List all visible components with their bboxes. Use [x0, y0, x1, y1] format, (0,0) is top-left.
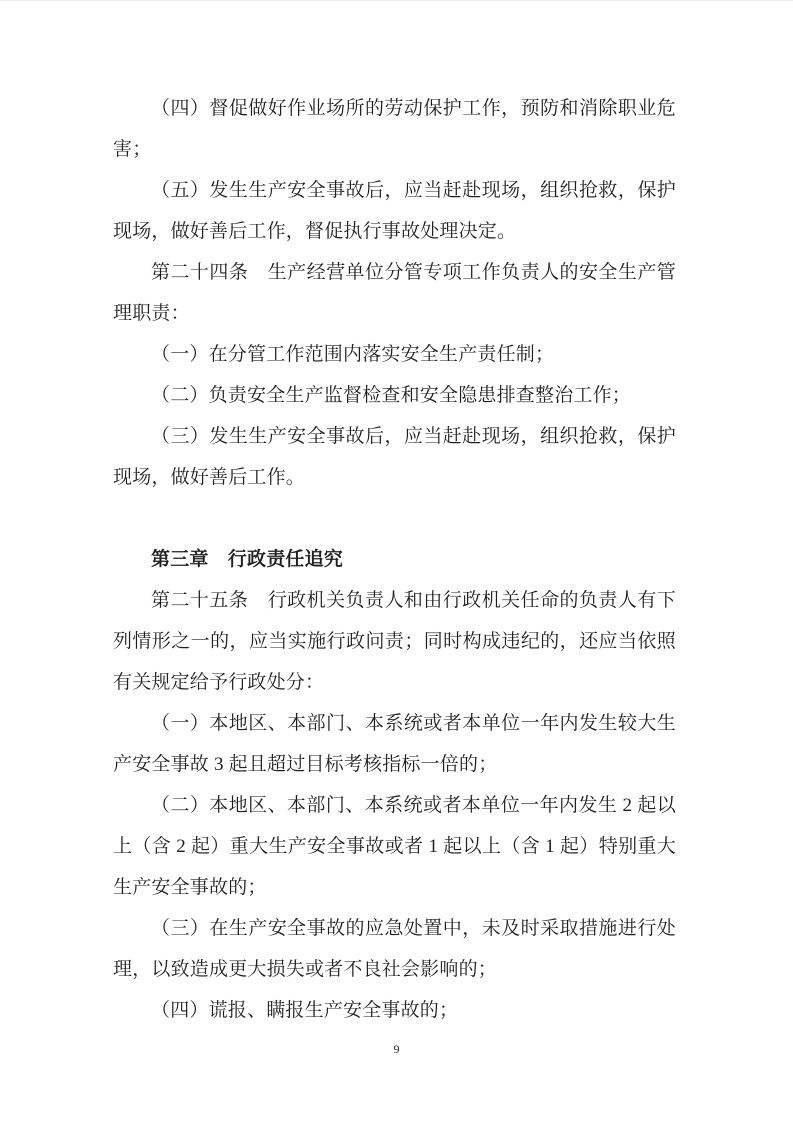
paragraph-item-4: （四）督促做好作业场所的劳动保护工作，预防和消除职业危害；: [113, 88, 676, 170]
paragraph-case-3: （三）在生产安全事故的应急处置中，未及时采取措施进行处理，以致造成更大损失或者不…: [113, 908, 676, 990]
paragraph-case-4: （四）谎报、瞒报生产安全事故的；: [113, 990, 676, 1031]
paragraph-clause-1: （一）在分管工作范围内落实安全生产责任制；: [113, 334, 676, 375]
paragraph-article-25: 第二十五条 行政机关负责人和由行政机关任命的负责人有下列情形之一的，应当实施行政…: [113, 580, 676, 703]
page-number: 9: [0, 1041, 793, 1057]
paragraph-clause-3: （三）发生生产安全事故后，应当赶赴现场，组织抢救，保护现场，做好善后工作。: [113, 416, 676, 498]
paragraph-case-2: （二）本地区、本部门、本系统或者本单位一年内发生 2 起以上（含 2 起）重大生…: [113, 785, 676, 908]
paragraph-article-24: 第二十四条 生产经营单位分管专项工作负责人的安全生产管理职责：: [113, 252, 676, 334]
paragraph-clause-2: （二）负责安全生产监督检查和安全隐患排查整治工作；: [113, 375, 676, 416]
document-body: （四）督促做好作业场所的劳动保护工作，预防和消除职业危害； （五）发生生产安全事…: [113, 88, 676, 1031]
chapter-heading: 第三章 行政责任追究: [113, 539, 676, 580]
document-page: （四）督促做好作业场所的劳动保护工作，预防和消除职业危害； （五）发生生产安全事…: [0, 0, 793, 1122]
paragraph-item-5: （五）发生生产安全事故后，应当赶赴现场，组织抢救，保护现场，做好善后工作，督促执…: [113, 170, 676, 252]
paragraph-case-1: （一）本地区、本部门、本系统或者本单位一年内发生较大生产安全事故 3 起且超过目…: [113, 703, 676, 785]
